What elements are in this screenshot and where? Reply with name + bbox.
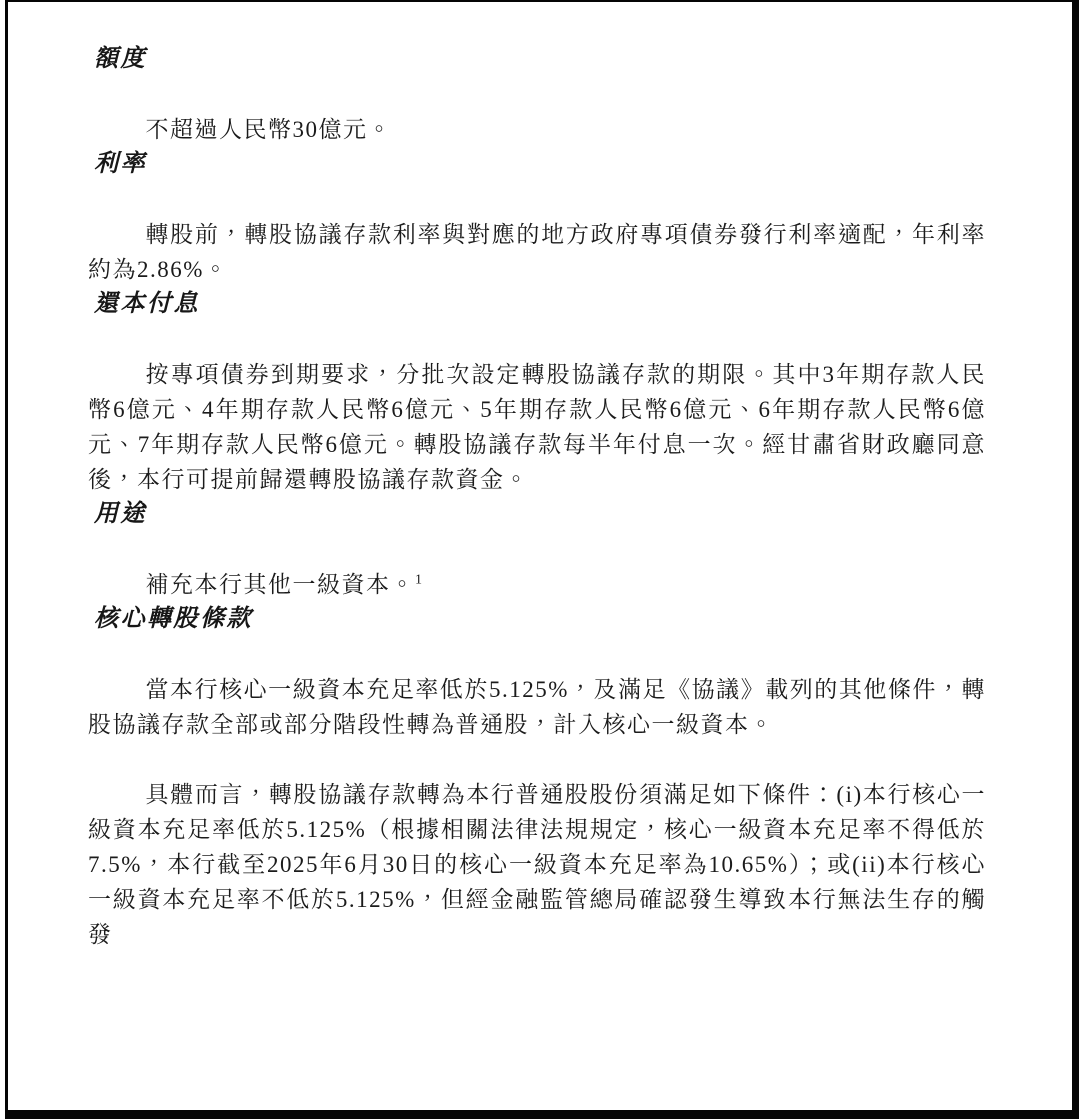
section-heading-core-conversion-terms: 核心轉股條款: [88, 602, 986, 637]
section-heading-repayment: 還本付息: [88, 287, 986, 322]
section-quota: 額度 不超過人民幣30億元。: [88, 42, 986, 147]
footnote-reference-1: 1: [415, 572, 422, 587]
paragraph-conversion-conditions: 具體而言，轉股協議存款轉為本行普通股股份須滿足如下條件：(i)本行核心一級資本充…: [88, 777, 986, 952]
paragraph-interest-rate: 轉股前，轉股協議存款利率與對應的地方政府專項債券發行利率適配，年利率約為2.86…: [88, 217, 986, 287]
section-core-conversion-terms: 核心轉股條款 當本行核心一級資本充足率低於5.125%，及滿足《協議》載列的其他…: [88, 602, 986, 952]
section-repayment: 還本付息 按專項債券到期要求，分批次設定轉股協議存款的期限。其中3年期存款人民幣…: [88, 287, 986, 497]
section-heading-interest-rate: 利率: [88, 147, 986, 182]
section-heading-quota: 額度: [88, 42, 986, 77]
section-interest-rate: 利率 轉股前，轉股協議存款利率與對應的地方政府專項債券發行利率適配，年利率約為2…: [88, 147, 986, 287]
paragraph-repayment: 按專項債券到期要求，分批次設定轉股協議存款的期限。其中3年期存款人民幣6億元、4…: [88, 357, 986, 497]
paragraph-use-of-proceeds: 補充本行其他一級資本。1: [88, 567, 986, 602]
paragraph-use-of-proceeds-text: 補充本行其他一級資本。: [146, 572, 416, 597]
section-use-of-proceeds: 用途 補充本行其他一級資本。1: [88, 497, 986, 602]
document-page: { "document": { "language": "zh-Hant", "…: [0, 0, 1080, 1120]
paragraph-quota: 不超過人民幣30億元。: [88, 112, 986, 147]
section-heading-use-of-proceeds: 用途: [88, 497, 986, 532]
document-content: 額度 不超過人民幣30億元。 利率 轉股前，轉股協議存款利率與對應的地方政府專項…: [88, 42, 986, 952]
paragraph-conversion-trigger: 當本行核心一級資本充足率低於5.125%，及滿足《協議》載列的其他條件，轉股協議…: [88, 672, 986, 742]
